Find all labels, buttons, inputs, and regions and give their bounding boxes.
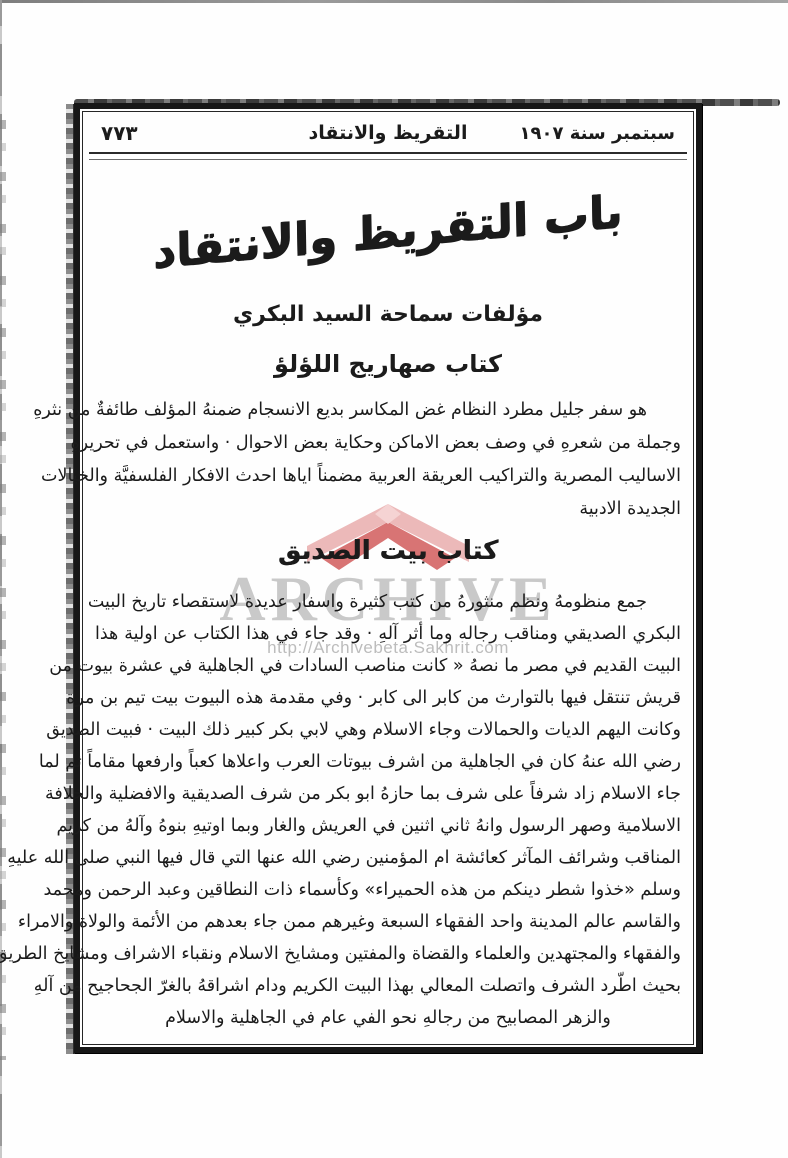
paragraph-line: جمع منظومهُ ونظم منثورهُ من كتب كثيرة وا… [95,586,681,618]
calligraphic-section-title: باب التقريظ والانتقاد [87,168,689,294]
paragraph-line: والزهر المصابيح من رجالهِ نحو الفي عام ف… [95,1002,681,1034]
page-number: ٧٧٣ [101,121,292,145]
scanned-journal-page: ARCHIVE http://Archivebeta.Sakhrit.com س… [0,0,788,1158]
scan-noise-left [0,120,6,1060]
book-title-sahariij-allulu: كتاب صهاريج اللؤلؤ [87,344,689,384]
page-frame: ARCHIVE http://Archivebeta.Sakhrit.com س… [74,103,702,1053]
calligraphic-title-text: باب التقريظ والانتقاد [153,184,623,278]
issue-date: سبتمبر سنة ١٩٠٧ [484,123,675,144]
scan-edge-top [0,0,788,3]
paragraph-line: الاسلامية وصهر الرسول وانهُ ثاني اثنين ف… [95,810,681,842]
paragraph-line: رضي الله عنهُ كان في الجاهلية من اشرف بي… [95,746,681,778]
paragraph-line: وجملة من شعرهِ في وصف بعض الاماكن وحكاية… [95,427,681,460]
paragraph-line: الاساليب المصرية والتراكيب العريقة العرب… [95,460,681,493]
paragraph-line: وسلم «خذوا شطر دينكم من هذه الحميراء» وك… [95,874,681,906]
book2-description-paragraph: جمع منظومهُ ونظم منثورهُ من كتب كثيرة وا… [87,586,689,1034]
header-rule [89,152,687,160]
paragraph-line: قريش تنتقل فيها بالتوارث من كابر الى كاب… [95,682,681,714]
paragraph-line: بحيث اطّرد الشرف واتصلت المعالي بهذا الب… [95,970,681,1002]
page-frame-inner-rule: ARCHIVE http://Archivebeta.Sakhrit.com س… [82,111,694,1045]
paragraph-line: والقاسم عالم المدينة واحد الفقهاء السبعة… [95,906,681,938]
paragraph-line: وكانت اليهم الديات والحمالات وجاء الاسلا… [95,714,681,746]
paragraph-line: الجديدة الادبية [95,493,681,526]
works-heading: مؤلفات سماحة السيد البكري [87,298,689,332]
paragraph-line: البكري الصديقي ومناقب رجاله وما أثر آلهِ… [95,618,681,650]
page-header: سبتمبر سنة ١٩٠٧ التقريظ والانتقاد ٧٧٣ [87,114,689,152]
book1-description-paragraph: هو سفر جليل مطرد النظام غض المكاسر بديع … [87,394,689,526]
paragraph-line: المناقب وشرائف المآثر كعائشة ام المؤمنين… [95,842,681,874]
paragraph-line: هو سفر جليل مطرد النظام غض المكاسر بديع … [95,394,681,427]
paragraph-line: البيت القديم في مصر ما نصهُ « كانت مناصب… [95,650,681,682]
page-content: ARCHIVE http://Archivebeta.Sakhrit.com س… [87,114,689,1042]
paragraph-line: والفقهاء والمجتهدين والعلماء والقضاة وال… [95,938,681,970]
journal-title: التقريظ والانتقاد [292,122,483,144]
paragraph-line: جاء الاسلام زاد شرفاً على شرف بما حازهُ … [95,778,681,810]
book-title-bayt-alsiddiq: كتاب بيت الصديق [87,530,689,572]
